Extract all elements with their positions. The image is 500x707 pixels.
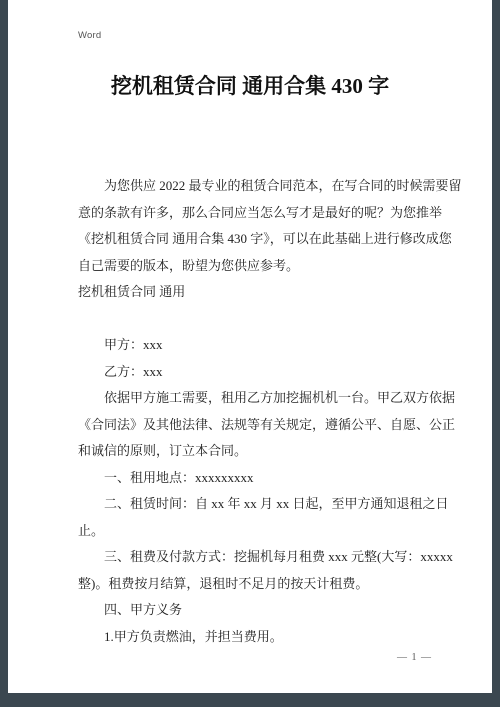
text-line: 四、甲方义务 <box>78 597 430 624</box>
text-line: 《挖机租赁合同 通用合集 430 字》，可以在此基础上进行修改成您 <box>78 226 430 253</box>
document-page: Word 挖机租赁合同 通用合集 430 字 为您供应 2022 最专业的租赁合… <box>8 0 492 693</box>
text-line: 1.甲方负责燃油，并担当费用。 <box>78 624 430 651</box>
text-line: 一、租用地点：xxxxxxxxx <box>78 465 430 492</box>
text-line: 止。 <box>78 518 430 545</box>
text-line: 整)。租费按月结算，退租时不足月的按天计租费。 <box>78 571 430 598</box>
text-line: 《合同法》及其他法律、法规等有关规定，遵循公平、自愿、公正 <box>78 412 430 439</box>
page-number: — 1 — <box>397 652 432 663</box>
text-line: 和诚信的原则，订立本合同。 <box>78 438 430 465</box>
text-line: 自己需要的版本，盼望为您供应参考。 <box>78 253 430 280</box>
text-line: 二、租赁时间：自 xx 年 xx 月 xx 日起，至甲方通知退租之日 <box>78 491 430 518</box>
text-line: 甲方：xxx <box>78 332 430 359</box>
document-body: 为您供应 2022 最专业的租赁合同范本，在写合同的时候需要留意的条款有许多，那… <box>78 173 430 650</box>
text-line: 挖机租赁合同 通用 <box>78 279 430 306</box>
text-line: 为您供应 2022 最专业的租赁合同范本，在写合同的时候需要留 <box>78 173 430 200</box>
text-line <box>78 306 430 333</box>
text-line: 乙方：xxx <box>78 359 430 386</box>
word-app-label: Word <box>78 30 101 41</box>
text-line: 依据甲方施工需要，租用乙方加挖掘机机一台。甲乙双方依据 <box>78 385 430 412</box>
document-title: 挖机租赁合同 通用合集 430 字 <box>8 0 492 100</box>
text-line: 意的条款有许多，那么合同应当怎么写才是最好的呢？为您推举 <box>78 200 430 227</box>
text-line: 三、租费及付款方式：挖掘机每月租费 xxx 元整(大写：xxxxx <box>78 544 430 571</box>
